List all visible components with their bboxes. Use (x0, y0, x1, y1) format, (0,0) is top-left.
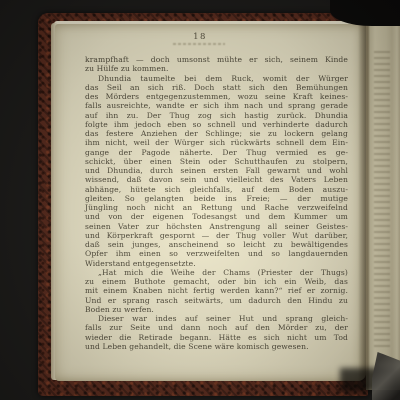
text-line: falls ausreichte, wandte er sich ihm nac… (85, 101, 348, 110)
facing-page-edge (366, 17, 400, 390)
text-line: seinen Vater zur höchsten Anstrengung al… (85, 222, 348, 231)
text-line: Widerstand entgegensetzte. (85, 259, 348, 268)
book-page: 18 krampfhaft — doch umsonst mühte er si… (55, 24, 366, 381)
ghost-print (374, 47, 390, 347)
text-line: Boden zu werfen. (85, 305, 348, 314)
text-line: das Seil an sich riß. Doch statt sich de… (85, 83, 348, 92)
text-line: falls zur Seite und dann noch auf den Mö… (85, 323, 348, 332)
text-line: Jüngling noch nicht an Rettung und Rache… (85, 203, 348, 212)
text-line: wieder die Retirade begann. Hätte es sic… (85, 333, 348, 342)
text-line: ihm nicht, weil der Würger sich rückwärt… (85, 138, 348, 147)
text-line: Und er sprang rasch seitwärts, um dadurc… (85, 296, 348, 305)
text-line: und von der eigenen Todesangst und dem K… (85, 212, 348, 221)
text-line: abhänge, hütete sich gleichfalls, auf de… (85, 185, 348, 194)
text-line: Dhundia taumelte bei dem Ruck, womit der… (85, 74, 348, 83)
book-photo: 18 krampfhaft — doch umsonst mühte er si… (0, 0, 400, 400)
text-line: und Dhundia, durch seinen ersten Fall ge… (85, 166, 348, 175)
text-line: krampfhaft — doch umsonst mühte er sich,… (85, 55, 348, 64)
text-line: Opfer ihm einen so verzweifelten und so … (85, 249, 348, 258)
text-line: und Leben gehandelt, die Scene wäre komi… (85, 342, 348, 351)
text-line: folgte ihm jedoch eben so schnell und ve… (85, 120, 348, 129)
text-line: zu einem Buthote gemacht, oder bin ich e… (85, 277, 348, 286)
text-line: daß sein junges, anscheinend so leicht z… (85, 240, 348, 249)
page-text: krampfhaft — doch umsonst mühte er sich,… (85, 55, 348, 351)
text-line: gange der Pagode näherte. Der Thug vermi… (85, 148, 348, 157)
text-line: mit einem Knaben nicht fertig werden kan… (85, 286, 348, 295)
page-number: 18 (55, 32, 345, 42)
text-line: gleiten. So gelangten beide ins Freie; —… (85, 194, 348, 203)
text-line: schickt, über einen Stein oder Schutthau… (85, 157, 348, 166)
text-line: auf ihn zu. Der Thug zog sich hastig zur… (85, 111, 348, 120)
background-object (372, 352, 400, 400)
text-line: Dieser war indes auf seiner Hut und spra… (85, 314, 348, 323)
text-line: wissend, daß davon sein und vielleicht d… (85, 175, 348, 184)
text-line: zu Hülfe zu kommen. (85, 64, 348, 73)
text-line: und Körperkraft gespornt — der Thug voll… (85, 231, 348, 240)
text-line: das festere Anziehen der Schlinge; sie z… (85, 129, 348, 138)
text-line: „Hat mich die Weihe der Chams (Priester … (85, 268, 348, 277)
show-through-rule (173, 43, 225, 45)
text-line: des Mörders entgegenzustemmen, wozu sein… (85, 92, 348, 101)
